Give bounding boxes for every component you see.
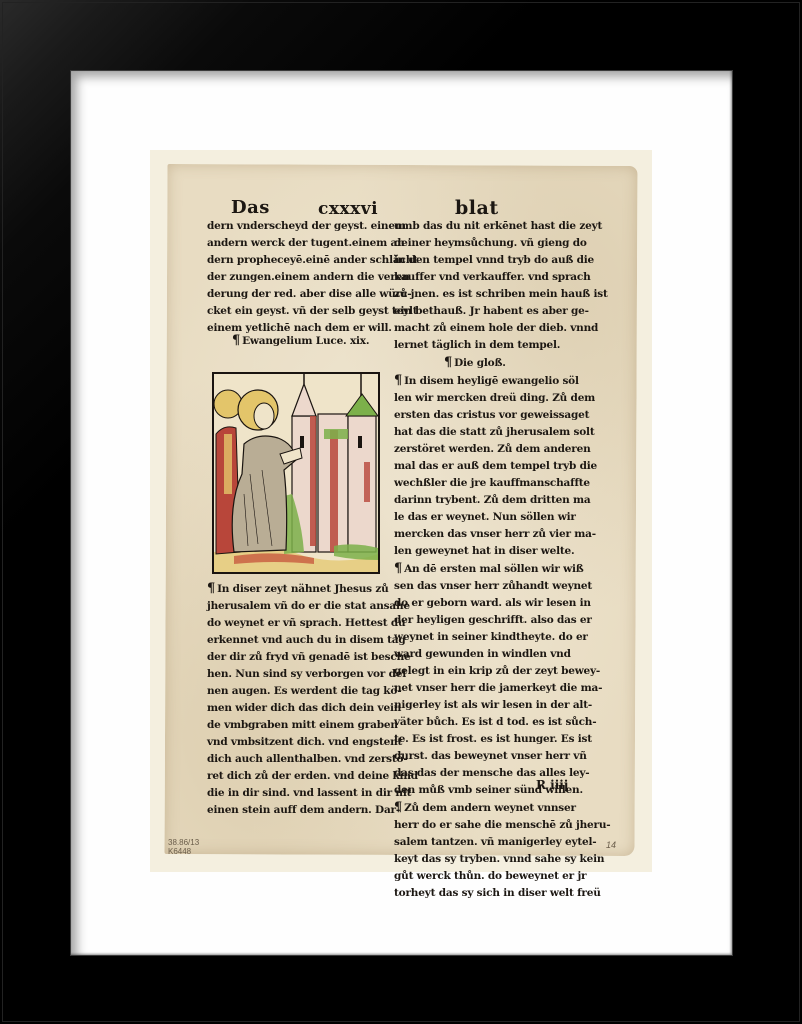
pilcrow-icon: ¶ [444, 355, 452, 370]
text-line: erkennet vnd auch du in disem tag [207, 632, 418, 649]
woodcut-illustration [212, 372, 380, 574]
woodcut-christ-weeping-icon [214, 374, 378, 572]
folio-pencil-number: 14 [606, 841, 616, 850]
text-line: herr do er sahe die menschē zů jheru- [394, 817, 610, 834]
signature-mark: R iiij [536, 778, 568, 792]
text-line: deiner heymsůchung. vñ gieng do [394, 235, 610, 252]
text-line: jherusalem vñ do er die stat ansahe [207, 598, 418, 615]
section-title: Ewangelium Luce. xix. [242, 335, 369, 347]
text-line: le das er weynet. Nun söllen wir [394, 509, 610, 526]
text-line: te. Es ist frost. es ist hunger. Es ist [394, 731, 610, 748]
text-line: vnd vmbsitzent dich. vnd engstent [207, 734, 418, 751]
accession-number: 38.86/13 K6448 [168, 838, 199, 856]
text-line: mercken das vnser herr zů vier ma- [394, 526, 610, 543]
text-line: der zungen.einem andern die veren [207, 269, 418, 286]
pilcrow-icon: ¶ [232, 333, 240, 348]
left-section-heading: ¶Ewangelium Luce. xix. [232, 332, 369, 350]
text-line: den můß vmb seiner sünd willen. [394, 782, 610, 799]
text-line: lernet täglich in dem tempel. [394, 337, 610, 354]
pilcrow-icon: ¶ [394, 561, 402, 576]
text-line: kauffer vnd verkauffer. vnd sprach [394, 269, 610, 286]
text-line: das das der mensche das alles ley- [394, 765, 610, 782]
text-line: einen stein auff dem andern. Dar- [207, 802, 418, 819]
text-line: cket ein geyst. vñ der selb geyst teylt [207, 303, 418, 320]
right-column: umb das du nit erkēnet hast die zeyt dei… [394, 218, 610, 902]
text-line: ¶In disem heyligē ewangelio söl [394, 372, 610, 390]
text-line: do er geborn ward. als wir lesen in [394, 595, 610, 612]
text-line: ¶In diser zeyt nähnet Jhesus zů [207, 580, 418, 598]
text-line: dern vnderscheyd der geyst. einem [207, 218, 418, 235]
text-line: nigerley ist als wir lesen in der alt- [394, 697, 610, 714]
text-line: hen. Nun sind sy verborgen vor dei [207, 666, 418, 683]
text-line: torheyt das sy sich in diser welt freü [394, 885, 610, 902]
text-line: väter bůch. Es ist d tod. es ist sůch- [394, 714, 610, 731]
pilcrow-icon: ¶ [394, 373, 402, 388]
pilcrow-icon: ¶ [207, 581, 215, 596]
text-line: men wider dich das dich dein vein [207, 700, 418, 717]
text-line: durst. das beweynet vnser herr vñ [394, 748, 610, 765]
text-line: sen das vnser herr zůhandt weynet [394, 578, 610, 595]
text-line: ersten das cristus vor geweissaget [394, 407, 610, 424]
text-line: macht zů einem hole der dieb. vnnd [394, 320, 610, 337]
text-line: in den tempel vnnd tryb do auß die [394, 252, 610, 269]
text-line: derung der red. aber dise alle würc- [207, 286, 418, 303]
text-line: der heyligen geschrifft. also das er [394, 612, 610, 629]
text-line: len wir mercken dreü ding. Zů dem [394, 390, 610, 407]
text-line: andern werck der tugent.einem an [207, 235, 418, 252]
text-line: wechßler die jre kauffmanschaffte [394, 475, 610, 492]
text-line: der dir zů fryd vñ genadē ist besche [207, 649, 418, 666]
text-line: ward gewunden in windlen vnd [394, 646, 610, 663]
text-line: keyt das sy tryben. vnnd sahe sy kein [394, 851, 610, 868]
text-line: ¶Zů dem andern weynet vnnser [394, 799, 610, 817]
text-line: die in dir sind. vnd lassent in dir nit [207, 785, 418, 802]
text-line: gůt werck thůn. do beweynet er jr [394, 868, 610, 885]
left-column-bottom: ¶In diser zeyt nähnet Jhesus zů jherusal… [207, 580, 418, 819]
text-line: gelegt in ein krip zů der zeyt bewey- [394, 663, 610, 680]
text-line: ¶An dē ersten mal söllen wir wiß [394, 560, 610, 578]
pilcrow-icon: ¶ [394, 800, 402, 815]
text-line: salem tantzen. vñ manigerley eytel- [394, 834, 610, 851]
gloss-heading: ¶Die gloß. [394, 354, 610, 372]
text-line: len geweynet hat in diser welte. [394, 543, 610, 560]
text-line: dich auch allenthalben. vnd zerstö- [207, 751, 418, 768]
text-line: ein bethauß. Jr habent es aber ge- [394, 303, 610, 320]
text-line: do weynet er vñ sprach. Hettest du [207, 615, 418, 632]
text-line: net vnser herr die jamerkeyt die ma- [394, 680, 610, 697]
text-line: darinn trybent. Zů dem dritten ma [394, 492, 610, 509]
text-line: ret dich zů der erden. vnd deine kind [207, 768, 418, 785]
text-line: zerstöret werden. Zů dem anderen [394, 441, 610, 458]
header-right: blat [455, 197, 499, 219]
left-column-top: dern vnderscheyd der geyst. einem andern… [207, 218, 418, 337]
text-line: de vmbgraben mitt einem graben [207, 717, 418, 734]
text-line: nen augen. Es werdent die tag kö- [207, 683, 418, 700]
text-line: hat das die statt zů jherusalem solt [394, 424, 610, 441]
text-line: weynet in seiner kindtheyte. do er [394, 629, 610, 646]
text-line: mal das er auß dem tempel tryb die [394, 458, 610, 475]
header-left: Das [231, 197, 270, 218]
text-line: zů jnen. es ist schriben mein hauß ist [394, 286, 610, 303]
text-line: dern propheceyē.einē ander schlächt [207, 252, 418, 269]
header-folio-number: cxxxvi [318, 199, 378, 219]
text-line: umb das du nit erkēnet hast die zeyt [394, 218, 610, 235]
